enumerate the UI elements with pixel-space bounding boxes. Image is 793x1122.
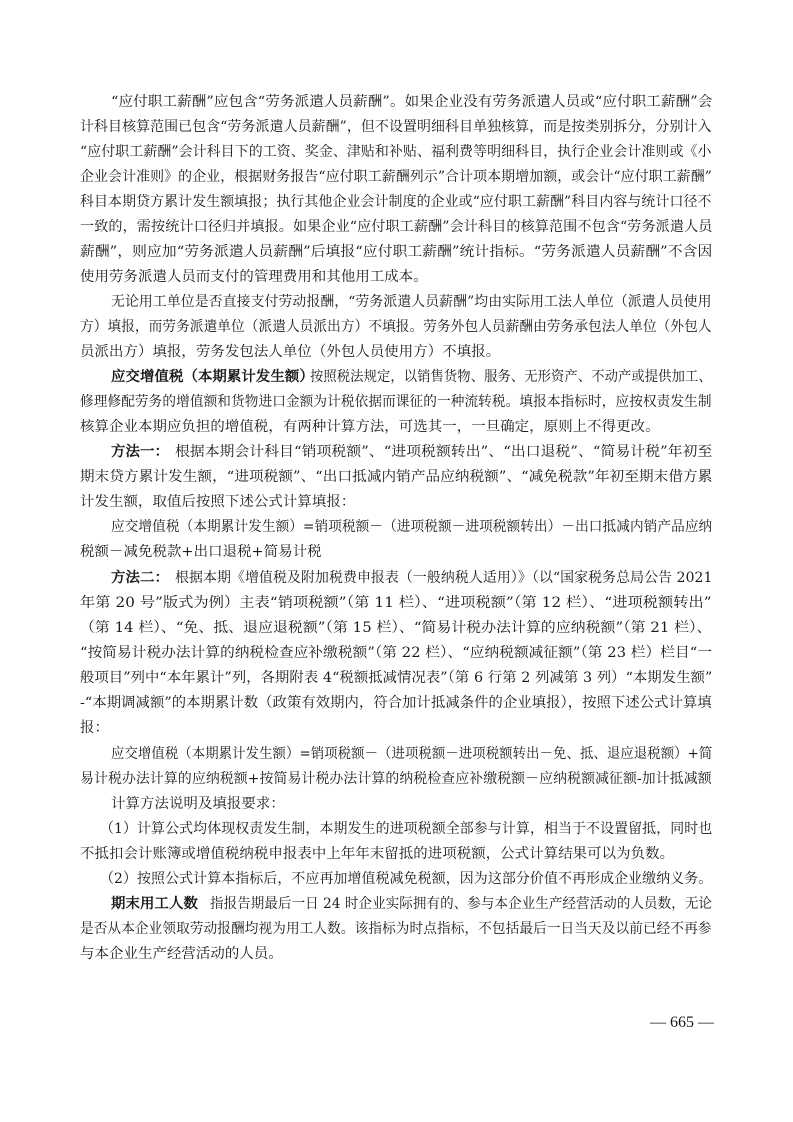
text-line: 期末贷方累计发生额，“进项税额”、“出口抵减内销产品应纳税额”、“减免税款”年初… (80, 467, 712, 487)
text-line: 应交增值税（本期累计发生额）=销项税额－（进项税额－进项税额转出）－出口抵减内销… (111, 517, 712, 537)
text-line: 报： (80, 718, 109, 738)
text-line: （1）计算公式均体现权责发生制，本期发生的进项税额全部参与计算，相当于不设置留抵… (100, 819, 712, 839)
term-heading: 应交增值税（本期累计发生额） (111, 367, 314, 387)
text-line: 根据本期会计科目“销项税额”、“进项税额转出”、“出口退税”、“简易计税”年初至 (175, 442, 712, 462)
text-line: 与本企业生产经营活动的人员。 (80, 944, 283, 964)
text-line: 方）填报，而劳务派遣单位（派遣人员派出方）不填报。劳务外包人员薪酬由劳务承包法人… (80, 317, 712, 337)
text-line: -“本期调减额”的本期累计数（政策有效期内，符合加计抵减条件的企业填报），按照下… (80, 693, 712, 713)
text-line: “应付职工薪酬”应包含“劳务派遣人员薪酬”。如果企业没有劳务派遣人员或“应付职工… (111, 92, 712, 112)
text-line: “应付职工薪酬”会计科目下的工资、奖金、津贴和补贴、福利费等明细科目，执行企业会… (80, 142, 712, 162)
text-line: 按照税法规定，以销售货物、服务、无形资产、不动产或提供加工、 (310, 367, 712, 387)
text-line: 计发生额，取值后按照下述公式计算填报： (80, 492, 355, 512)
text-line: 无论用工单位是否直接支付劳动报酬，“劳务派遣人员薪酬”均由实际用工法人单位（派遣… (111, 292, 712, 312)
text-line: （2）按照公式计算本指标后，不应再加增值税减免税额，因为这部分价值不再形成企业缴… (100, 869, 712, 889)
term-heading: 方法一： (111, 442, 169, 462)
term-heading: 期末用工人数 (111, 894, 198, 914)
text-line: （第 14 栏）、“免、抵、退应退税额”（第 15 栏）、“简易计税办法计算的应… (80, 618, 712, 638)
text-line: 指报告期最后一日 24 时企业实际拥有的、参与本企业生产经营活动的人员数，无论 (210, 894, 712, 914)
text-line: “按简易计税办法计算的纳税检查应补缴税额”（第 22 栏）、“应纳税额减征额”（… (80, 643, 712, 663)
text-line: 员派出方）填报，劳务发包法人单位（外包人员使用方）不填报。 (80, 342, 500, 362)
text-line: 核算企业本期应负担的增值税，有两种计算方法，可选其一，一旦确定，原则上不得更改。 (80, 417, 660, 437)
text-line: 使用劳务派遣人员而支付的管理费用和其他用工成本。 (80, 267, 428, 287)
text-line: 是否从本企业领取劳动报酬均视为用工人数。该指标为时点指标，不包括最后一日当天及以… (80, 919, 712, 939)
text-line: 修理修配劳务的增值额和货物进口金额为计税依据而课征的一种流转税。填报本指标时，应… (80, 392, 712, 412)
text-line: 根据本期《增值税及附加税费申报表（一般纳税人适用）》（以“国家税务总局公告 20… (175, 568, 712, 588)
text-line: 计科目核算范围已包含“劳务派遣人员薪酬”，但不设置明细科目单独核算，而是按类别拆… (80, 117, 712, 137)
text-line: 计算方法说明及填报要求： (111, 794, 285, 814)
text-line: 年第 20 号”版式为例）主表“销项税额”（第 11 栏）、“进项税额”（第 1… (80, 593, 712, 613)
text-line: 一致的，需按统计口径归并填报。如果企业“应付职工薪酬”会计科目的核算范围不包含“… (80, 217, 712, 237)
page-number: — 665 — (650, 1014, 714, 1032)
text-line: 科目本期贷方累计发生额填报；执行其他企业会计制度的企业或“应付职工薪酬”科目内容… (80, 192, 712, 212)
text-line: 般项目”列中“本年累计”列，各期附表 4“税额抵减情况表”（第 6 行第 2 列… (80, 668, 712, 688)
text-line: 不抵扣会计账簿或增值税纳税申报表中上年年末留抵的进项税额，公式计算结果可以为负数… (80, 844, 674, 864)
text-line: 薪酬”，则应加“劳务派遣人员薪酬”后填报“应付职工薪酬”统计指标。“劳务派遣人员… (80, 242, 712, 262)
term-heading: 方法二： (111, 568, 169, 588)
text-line: 企业会计准则》的企业，根据财务报告“应付职工薪酬列示”合计项本期增加额，或会计“… (80, 167, 712, 187)
text-line: 易计税办法计算的应纳税额+按简易计税办法计算的纳税检查应补缴税额－应纳税额减征额… (80, 769, 712, 789)
text-line: 税额－减免税款+出口退税+简易计税 (80, 542, 322, 562)
text-line: 应交增值税（本期累计发生额）=销项税额－（进项税额－进项税额转出－免、抵、退应退… (111, 744, 712, 764)
